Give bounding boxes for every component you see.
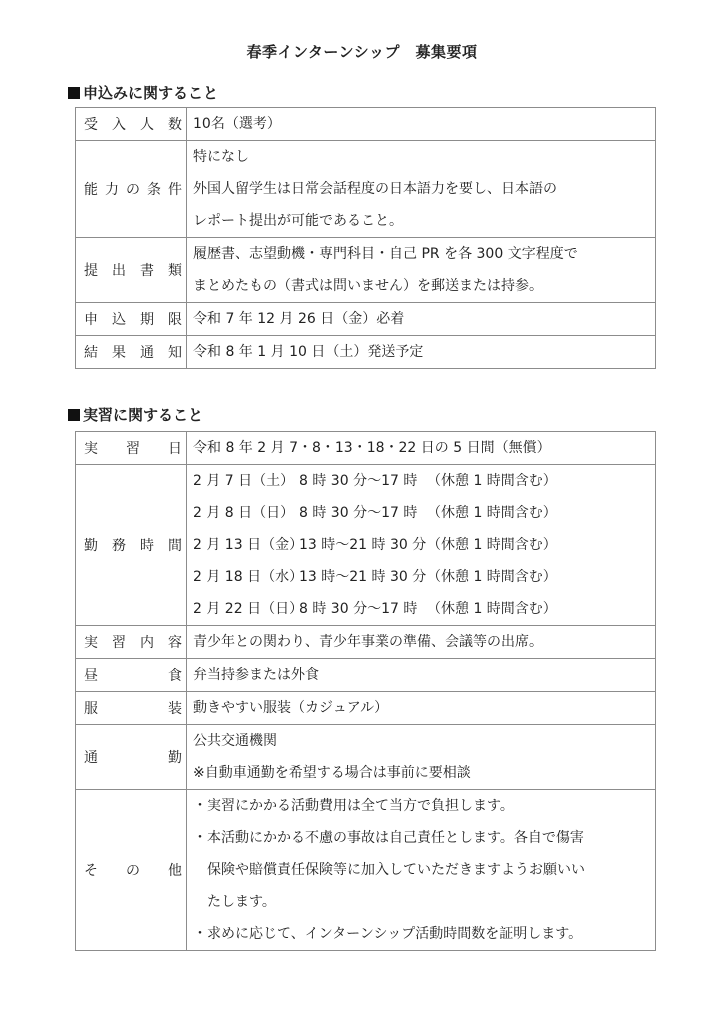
schedule-note: （休憩 1 時間含む）	[427, 465, 557, 497]
label-char: 昼	[84, 665, 98, 685]
row-value: 動きやすい服装（カジュアル）	[187, 692, 656, 725]
row-label: 受入人数	[76, 108, 187, 141]
square-bullet-icon	[68, 409, 80, 421]
schedule-time: 8 時 30 分～17 時	[299, 465, 427, 497]
table-row: 実習日令和 8 年 2 月 7・8・13・18・22 日の 5 日間（無償）	[76, 432, 656, 465]
value-line: ・実習にかかる活動費用は全て当方で負担します。	[193, 790, 649, 822]
label-char: 結	[84, 342, 98, 362]
label-char: 書	[140, 260, 154, 280]
schedule-line: 2 月 13 日（金）13 時～21 時 30 分（休憩 1 時間含む）	[193, 529, 649, 561]
table-row: 昼食弁当持参または外食	[76, 659, 656, 692]
row-label-text: 昼食	[84, 665, 182, 685]
square-bullet-icon	[68, 87, 80, 99]
label-char: 食	[168, 665, 182, 685]
schedule-line: 2 月 7 日（土）8 時 30 分～17 時（休憩 1 時間含む）	[193, 465, 649, 497]
label-char: 人	[140, 114, 154, 134]
label-char: 条	[147, 179, 161, 199]
row-value: 2 月 7 日（土）8 時 30 分～17 時（休憩 1 時間含む）2 月 8 …	[187, 465, 656, 626]
table-row: 能力の条件特になし外国人留学生は日常会話程度の日本語力を要し、日本語のレポート提…	[76, 141, 656, 238]
label-char: 内	[140, 632, 154, 652]
row-label-text: 通勤	[84, 747, 182, 767]
label-char: 受	[84, 114, 98, 134]
schedule-date: 2 月 8 日（日）	[193, 497, 299, 529]
schedule-note: （休憩 1 時間含む）	[427, 529, 557, 561]
value-line: 令和 8 年 1 月 10 日（土）発送予定	[193, 336, 649, 368]
value-line: たします。	[193, 886, 649, 918]
schedule-note: （休憩 1 時間含む）	[427, 497, 557, 529]
label-char: 知	[168, 342, 182, 362]
row-label: 勤務時間	[76, 465, 187, 626]
label-char: 日	[168, 438, 182, 458]
schedule-line: 2 月 18 日（水）13 時～21 時 30 分（休憩 1 時間含む）	[193, 561, 649, 593]
row-label: 通勤	[76, 725, 187, 790]
row-label: 昼食	[76, 659, 187, 692]
label-char: 提	[84, 260, 98, 280]
value-line: 特になし	[193, 141, 649, 173]
label-char: 類	[168, 260, 182, 280]
internship-table: 実習日令和 8 年 2 月 7・8・13・18・22 日の 5 日間（無償）勤務…	[75, 431, 656, 951]
schedule-date: 2 月 13 日（金）	[193, 529, 299, 561]
label-char: 勤	[168, 747, 182, 767]
row-label: 実習日	[76, 432, 187, 465]
value-line: ・求めに応じて、インターンシップ活動時間数を証明します。	[193, 918, 649, 950]
row-label-text: 能力の条件	[84, 179, 182, 199]
row-label: 服装	[76, 692, 187, 725]
label-char: 通	[84, 747, 98, 767]
document-title: 春季インターンシップ 募集要項	[0, 41, 724, 62]
label-char: 通	[140, 342, 154, 362]
row-label: 能力の条件	[76, 141, 187, 238]
row-value: 10名（選考）	[187, 108, 656, 141]
schedule-time: 13 時～21 時 30 分	[299, 561, 427, 593]
schedule-date: 2 月 7 日（土）	[193, 465, 299, 497]
value-line: 保険や賠償責任保険等に加入していただきますようお願いい	[193, 854, 649, 886]
label-char: 勤	[84, 535, 98, 555]
label-char: 限	[168, 309, 182, 329]
label-char: 実	[84, 438, 98, 458]
label-char: 習	[126, 438, 140, 458]
value-line: 10名（選考）	[193, 108, 649, 140]
row-value: 令和 8 年 2 月 7・8・13・18・22 日の 5 日間（無償）	[187, 432, 656, 465]
label-char: 実	[84, 632, 98, 652]
label-char: 務	[112, 535, 126, 555]
schedule-date: 2 月 18 日（水）	[193, 561, 299, 593]
schedule-line: 2 月 22 日（日）8 時 30 分～17 時（休憩 1 時間含む）	[193, 593, 649, 625]
label-char: 間	[168, 535, 182, 555]
label-char: 服	[84, 698, 98, 718]
row-value: 特になし外国人留学生は日常会話程度の日本語力を要し、日本語のレポート提出が可能で…	[187, 141, 656, 238]
value-line: 青少年との関わり、青少年事業の準備、会議等の出席。	[193, 626, 649, 658]
value-line: 履歴書、志望動機・専門科目・自己 PR を各 300 文字程度で	[193, 238, 649, 270]
label-char: 期	[140, 309, 154, 329]
label-char: の	[126, 860, 140, 880]
value-line: 公共交通機関	[193, 725, 649, 757]
value-line: レポート提出が可能であること。	[193, 205, 649, 237]
row-label: その他	[76, 790, 187, 951]
row-label-text: 実習内容	[84, 632, 182, 652]
label-char: 出	[112, 260, 126, 280]
label-char: 容	[168, 632, 182, 652]
row-value: 令和 8 年 1 月 10 日（土）発送予定	[187, 336, 656, 369]
row-value: 公共交通機関※自動車通勤を希望する場合は事前に要相談	[187, 725, 656, 790]
application-table: 受入人数10名（選考）能力の条件特になし外国人留学生は日常会話程度の日本語力を要…	[75, 107, 656, 369]
row-value: ・実習にかかる活動費用は全て当方で負担します。・本活動にかかる不慮の事故は自己責…	[187, 790, 656, 951]
schedule-line: 2 月 8 日（日）8 時 30 分～17 時（休憩 1 時間含む）	[193, 497, 649, 529]
schedule-time: 8 時 30 分～17 時	[299, 593, 427, 625]
section-heading-internship: 実習に関すること	[68, 404, 203, 425]
schedule-note: （休憩 1 時間含む）	[427, 561, 557, 593]
label-char: 果	[112, 342, 126, 362]
label-char: の	[126, 179, 140, 199]
row-label-text: 結果通知	[84, 342, 182, 362]
label-char: 入	[112, 114, 126, 134]
table-row: 通勤公共交通機関※自動車通勤を希望する場合は事前に要相談	[76, 725, 656, 790]
table-row: 受入人数10名（選考）	[76, 108, 656, 141]
label-char: 数	[168, 114, 182, 134]
label-char: 力	[105, 179, 119, 199]
schedule-time: 8 時 30 分～17 時	[299, 497, 427, 529]
table-row: 提出書類履歴書、志望動機・専門科目・自己 PR を各 300 文字程度でまとめた…	[76, 238, 656, 303]
schedule-date: 2 月 22 日（日）	[193, 593, 299, 625]
table-row: 申込期限令和 7 年 12 月 26 日（金）必着	[76, 303, 656, 336]
row-label: 提出書類	[76, 238, 187, 303]
section-heading-application: 申込みに関すること	[68, 82, 218, 103]
value-line: 外国人留学生は日常会話程度の日本語力を要し、日本語の	[193, 173, 649, 205]
label-char: 装	[168, 698, 182, 718]
row-label-text: 申込期限	[84, 309, 182, 329]
value-line: 弁当持参または外食	[193, 659, 649, 691]
row-label-text: 服装	[84, 698, 182, 718]
label-char: 他	[168, 860, 182, 880]
row-value: 青少年との関わり、青少年事業の準備、会議等の出席。	[187, 626, 656, 659]
value-line: 令和 8 年 2 月 7・8・13・18・22 日の 5 日間（無償）	[193, 432, 649, 464]
label-char: そ	[84, 860, 98, 880]
table-row: 結果通知令和 8 年 1 月 10 日（土）発送予定	[76, 336, 656, 369]
label-char: 習	[112, 632, 126, 652]
row-value: 弁当持参または外食	[187, 659, 656, 692]
value-line: ※自動車通勤を希望する場合は事前に要相談	[193, 757, 649, 789]
value-line: まとめたもの（書式は問いません）を郵送または持参。	[193, 270, 649, 302]
schedule-note: （休憩 1 時間含む）	[427, 593, 557, 625]
label-char: 申	[84, 309, 98, 329]
table-row: 実習内容青少年との関わり、青少年事業の準備、会議等の出席。	[76, 626, 656, 659]
label-char: 能	[84, 179, 98, 199]
row-label-text: その他	[84, 860, 182, 880]
row-label: 実習内容	[76, 626, 187, 659]
row-value: 令和 7 年 12 月 26 日（金）必着	[187, 303, 656, 336]
label-char: 件	[168, 179, 182, 199]
row-label-text: 受入人数	[84, 114, 182, 134]
value-line: 令和 7 年 12 月 26 日（金）必着	[193, 303, 649, 335]
value-line: 動きやすい服装（カジュアル）	[193, 692, 649, 724]
label-char: 込	[112, 309, 126, 329]
table-row: 服装動きやすい服装（カジュアル）	[76, 692, 656, 725]
schedule-time: 13 時～21 時 30 分	[299, 529, 427, 561]
label-char: 時	[140, 535, 154, 555]
row-value: 履歴書、志望動機・専門科目・自己 PR を各 300 文字程度でまとめたもの（書…	[187, 238, 656, 303]
table-row: その他・実習にかかる活動費用は全て当方で負担します。・本活動にかかる不慮の事故は…	[76, 790, 656, 951]
row-label-text: 提出書類	[84, 260, 182, 280]
table-row: 勤務時間2 月 7 日（土）8 時 30 分～17 時（休憩 1 時間含む）2 …	[76, 465, 656, 626]
value-line: ・本活動にかかる不慮の事故は自己責任とします。各自で傷害	[193, 822, 649, 854]
row-label-text: 実習日	[84, 438, 182, 458]
row-label: 結果通知	[76, 336, 187, 369]
row-label-text: 勤務時間	[84, 535, 182, 555]
row-label: 申込期限	[76, 303, 187, 336]
